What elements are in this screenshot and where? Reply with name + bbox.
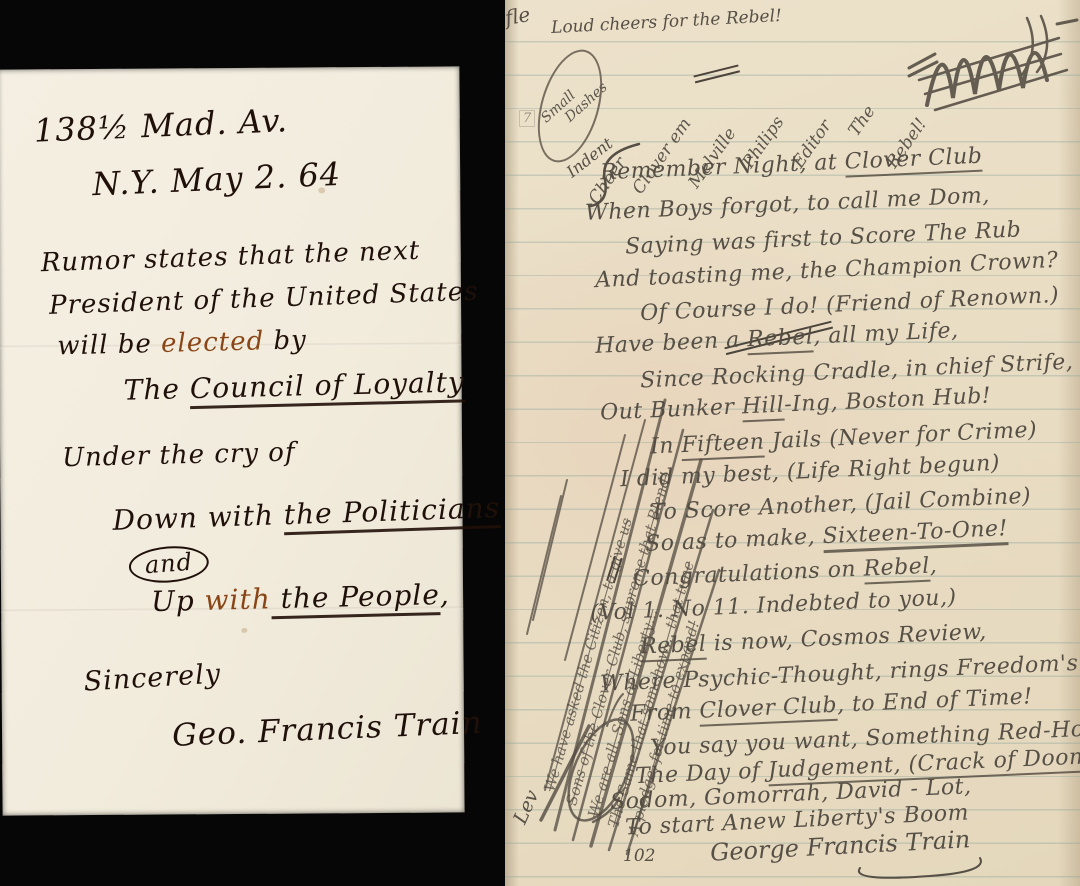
letter-text-underlined: the People [270, 578, 440, 619]
letter-line: Rumor states that the next [40, 236, 420, 279]
poem-text: -Ing, Boston Hub! [784, 383, 992, 417]
poem-text-underlined: Clover Club [844, 144, 983, 178]
letter-page: 138½ Mad. Av. N.Y. May 2. 64 Rumor state… [0, 66, 465, 815]
poem-text: , [929, 553, 938, 578]
letter-dateline: N.Y. May 2. 64 [91, 155, 341, 203]
signature-flourish [730, 852, 990, 882]
letter-line: President of the United States [49, 277, 479, 321]
poem-text-underlined: Rebel [747, 324, 814, 355]
poem-text-underlined: Sixteen-To-One! [822, 516, 1009, 553]
letter-line: Up with the People, [151, 578, 450, 618]
margin-mark: 7 [519, 110, 535, 127]
letter-text-faded: with [204, 582, 271, 617]
letter-text: , [439, 578, 450, 611]
letter-text: by [264, 325, 307, 356]
letter-text: The [123, 372, 190, 407]
letter-text: Up [151, 584, 205, 618]
letter-closing: Sincerely [83, 659, 222, 698]
circled-word: and [128, 543, 211, 585]
poem-text-underlined: Rebel [863, 554, 930, 585]
letter-signature: Geo. Francis Train [171, 705, 483, 754]
poem-manuscript-page: fle Loud cheers for the Rebel! Small Das… [505, 0, 1080, 886]
corner-scribble [523, 692, 653, 832]
letter-line: will be elected by [57, 325, 307, 361]
letter-line: and [129, 546, 209, 583]
fox-spot [241, 628, 247, 633]
diagonal-note: The [845, 102, 880, 140]
header-annotation: Loud cheers for the Rebel! [551, 6, 783, 38]
letter-text: Down with [112, 498, 284, 537]
letter-text: will be [57, 329, 161, 362]
double-dash-mark [692, 61, 739, 82]
letter-address: 138½ Mad. Av. [33, 101, 289, 150]
top-left-mark: fle [503, 2, 532, 30]
poem-text: is now, Cosmos Review, [706, 619, 987, 656]
poem-text-underlined: Hill [741, 393, 784, 423]
letter-text-underlined: the Politicians [283, 491, 500, 535]
letter-line: Under the cry of [62, 438, 296, 474]
poem-text: , all my Life, [813, 318, 959, 349]
poem-text: , to End of Time! [837, 684, 1034, 718]
poem-text: Jails (Never for Crime) [764, 418, 1038, 455]
photograph-of-two-manuscript-pages: 138½ Mad. Av. N.Y. May 2. 64 Rumor state… [0, 0, 1080, 886]
letter-text-faded: elected [161, 326, 265, 359]
scribbled-out-text [909, 10, 1079, 125]
letter-line: Down with the Politicians [112, 491, 500, 537]
letter-line: The Council of Loyalty [123, 365, 465, 406]
letter-text-underlined: Council of Loyalty [189, 365, 465, 409]
